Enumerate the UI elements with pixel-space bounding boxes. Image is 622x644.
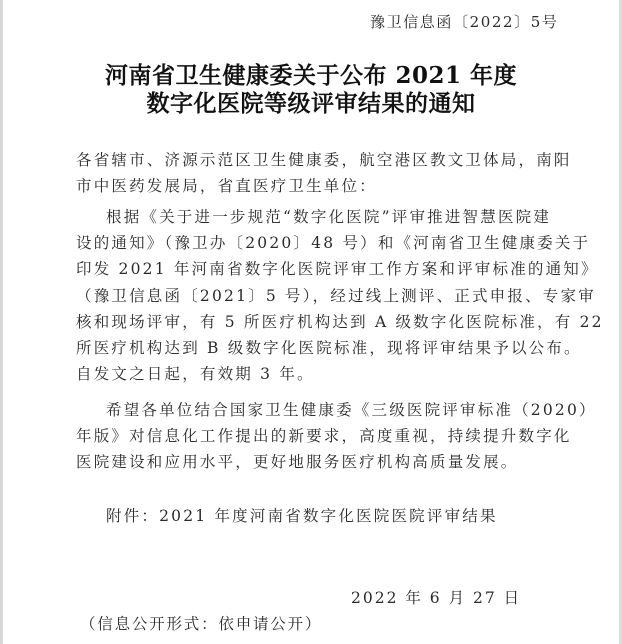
addressee-line-1: 各省辖市、济源示范区卫生健康委，航空港区教文卫体局，南阳 — [76, 150, 572, 170]
paragraph-2-line-2: 年版》对信息化工作提出的新要求，高度重视，持续提升数字化 — [76, 426, 572, 446]
attachment-line: 附件：2021 年度河南省数字化医院医院评审结果 — [106, 506, 498, 526]
document-title-line-2: 数字化医院等级评审结果的通知 — [0, 90, 622, 118]
paragraph-1-line-7: 自发文之日起，有效期 3 年。 — [76, 364, 315, 384]
paragraph-1-line-3: 印发 2021 年河南省数字化医院评审工作方案和评审标准的通知》 — [76, 259, 599, 279]
paragraph-2-line-1: 希望各单位结合国家卫生健康委《三级医院评审标准（2020） — [106, 400, 597, 420]
paragraph-1-line-2: 设的通知》（豫卫办〔2020〕48 号）和《河南省卫生健康委关于 — [76, 233, 590, 253]
document-number: 豫卫信息函〔2022〕5号 — [370, 12, 559, 32]
issue-date: 2022 年 6 月 27 日 — [351, 588, 521, 608]
document-title-line-1: 河南省卫生健康委关于公布 2021 年度 — [0, 62, 622, 90]
disclosure-note: （信息公开形式：依申请公开） — [80, 614, 322, 634]
paragraph-1-line-1: 根据《关于进一步规范“数字化医院”评审推进智慧医院建 — [106, 207, 551, 227]
addressee-line-2: 市中医药发展局，省直医疗卫生单位： — [76, 176, 377, 196]
paragraph-1-line-5: 核和现场评审，有 5 所医疗机构达到 A 级数字化医院标准，有 22 — [76, 312, 604, 332]
paragraph-1-line-4: （豫卫信息函〔2021〕5 号），经过线上测评、正式申报、专家审 — [76, 286, 596, 306]
paragraph-2-line-3: 医院建设和应用水平，更好地服务医疗机构高质量发展。 — [76, 452, 519, 472]
paragraph-1-line-6: 所医疗机构达到 B 级数字化医院标准，现将评审结果予以公布。 — [76, 338, 582, 358]
